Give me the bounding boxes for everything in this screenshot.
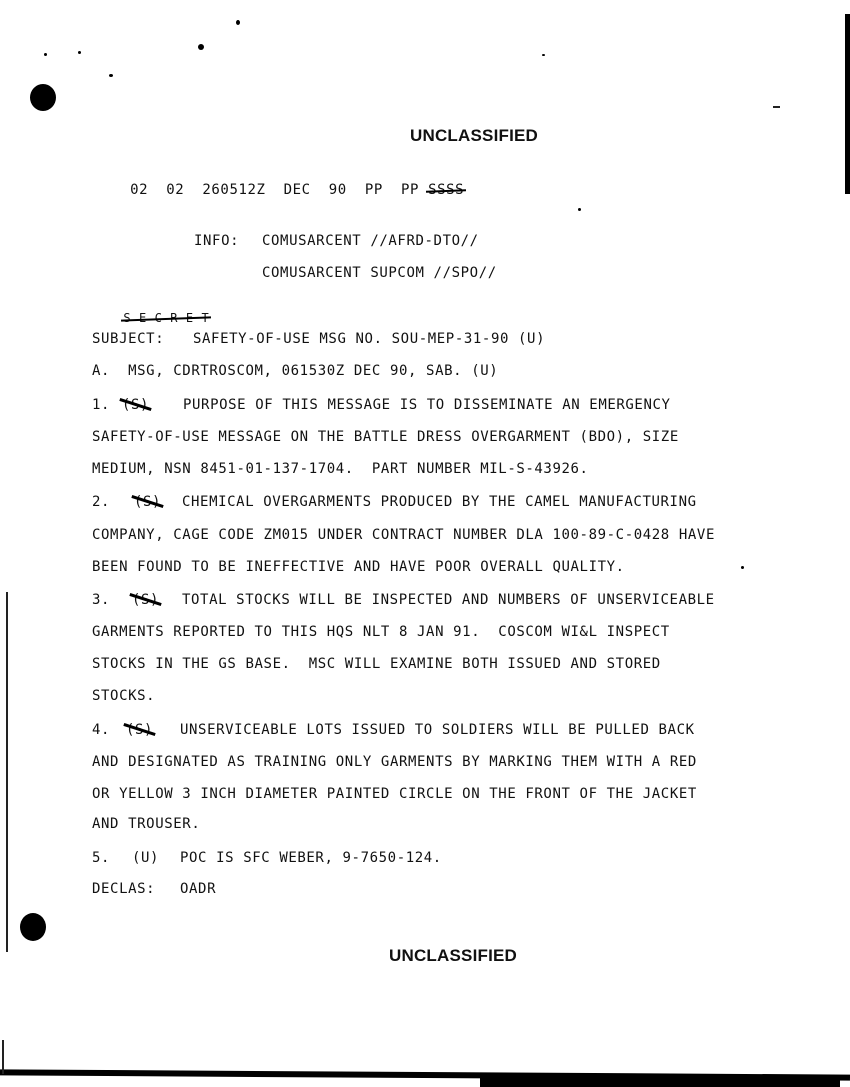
paragraph-4-line-2: AND DESIGNATED AS TRAINING ONLY GARMENTS…	[92, 754, 697, 770]
paragraph-4-marking: (S)	[126, 722, 153, 738]
struck-routing-indicator: SSSS	[428, 182, 464, 198]
scan-speck	[741, 566, 744, 569]
subject-label: SUBJECT:	[92, 331, 164, 347]
scan-speck	[542, 54, 545, 56]
paragraph-3-number: 3.	[92, 592, 110, 608]
scan-speck	[109, 74, 113, 77]
paragraph-5-number: 5.	[92, 850, 110, 866]
paragraph-3-line-4: STOCKS.	[92, 688, 155, 704]
paragraph-5-line-1: POC IS SFC WEBER, 9-7650-124.	[180, 850, 442, 866]
paragraph-1-line-3: MEDIUM, NSN 8451-01-137-1704. PART NUMBE…	[92, 461, 589, 477]
struck-classification-marking: (S)	[132, 592, 159, 608]
paragraph-2-number: 2.	[92, 494, 110, 510]
scan-speck	[198, 44, 204, 50]
reference-line: A. MSG, CDRTROSCOM, 061530Z DEC 90, SAB.…	[92, 363, 498, 379]
info-addressee-1: COMUSARCENT //AFRD-DTO//	[262, 233, 479, 249]
punch-hole-top	[30, 84, 56, 111]
paragraph-1-number: 1.	[92, 397, 110, 413]
paragraph-4-number: 4.	[92, 722, 110, 738]
paragraph-3-line-3: STOCKS IN THE GS BASE. MSC WILL EXAMINE …	[92, 656, 661, 672]
info-label: INFO:	[194, 233, 239, 249]
info-addressee-2: COMUSARCENT SUPCOM //SPO//	[262, 265, 497, 281]
declas-value: OADR	[180, 881, 216, 897]
paragraph-4-line-1: UNSERVICEABLE LOTS ISSUED TO SOLDIERS WI…	[180, 722, 695, 738]
classification-banner-top: UNCLASSIFIED	[410, 126, 538, 146]
paragraph-2-line-3: BEEN FOUND TO BE INEFFECTIVE AND HAVE PO…	[92, 559, 625, 575]
dash-mark	[773, 106, 780, 108]
scan-speck	[44, 53, 47, 56]
paragraph-2-marking: (S)	[134, 494, 161, 510]
punch-hole-bottom	[20, 913, 46, 941]
paragraph-1-line-1: PURPOSE OF THIS MESSAGE IS TO DISSEMINAT…	[183, 397, 671, 413]
struck-classification-marking: (S)	[134, 494, 161, 510]
page-bottom-edge-thick	[480, 1076, 840, 1087]
paragraph-3-line-1: TOTAL STOCKS WILL BE INSPECTED AND NUMBE…	[182, 592, 715, 608]
paragraph-2-line-2: COMPANY, CAGE CODE ZM015 UNDER CONTRACT …	[92, 527, 715, 543]
declas-label: DECLAS:	[92, 881, 155, 897]
routing-text: 02 02 260512Z DEC 90 PP PP	[130, 182, 428, 198]
subject-text: SAFETY-OF-USE MSG NO. SOU-MEP-31-90 (U)	[193, 331, 545, 347]
paragraph-1-line-2: SAFETY-OF-USE MESSAGE ON THE BATTLE DRES…	[92, 429, 679, 445]
paragraph-3-marking: (S)	[132, 592, 159, 608]
page-edge-left	[6, 592, 8, 952]
paragraph-4-line-3: OR YELLOW 3 INCH DIAMETER PAINTED CIRCLE…	[92, 786, 697, 802]
paragraph-2-line-1: CHEMICAL OVERGARMENTS PRODUCED BY THE CA…	[182, 494, 697, 510]
struck-secret-marking: S E C R E T	[123, 311, 209, 325]
paragraph-4-line-4: AND TROUSER.	[92, 816, 200, 832]
paragraph-1-marking: (S)	[122, 397, 149, 413]
scan-speck	[578, 208, 581, 211]
struck-classification-marking: (S)	[126, 722, 153, 738]
scanned-document-page: UNCLASSIFIED 02 02 260512Z DEC 90 PP PP …	[0, 0, 850, 1087]
classification-banner-bottom: UNCLASSIFIED	[389, 946, 517, 966]
page-edge-right	[845, 14, 850, 194]
struck-classification-marking: (S)	[122, 397, 149, 413]
paragraph-3-line-2: GARMENTS REPORTED TO THIS HQS NLT 8 JAN …	[92, 624, 670, 640]
routing-line: 02 02 260512Z DEC 90 PP PP SSSS	[94, 166, 464, 214]
scan-speck	[78, 51, 81, 54]
paragraph-5-marking: (U)	[132, 850, 159, 866]
scan-speck	[236, 20, 240, 25]
page-edge-left-lower	[2, 1040, 4, 1074]
